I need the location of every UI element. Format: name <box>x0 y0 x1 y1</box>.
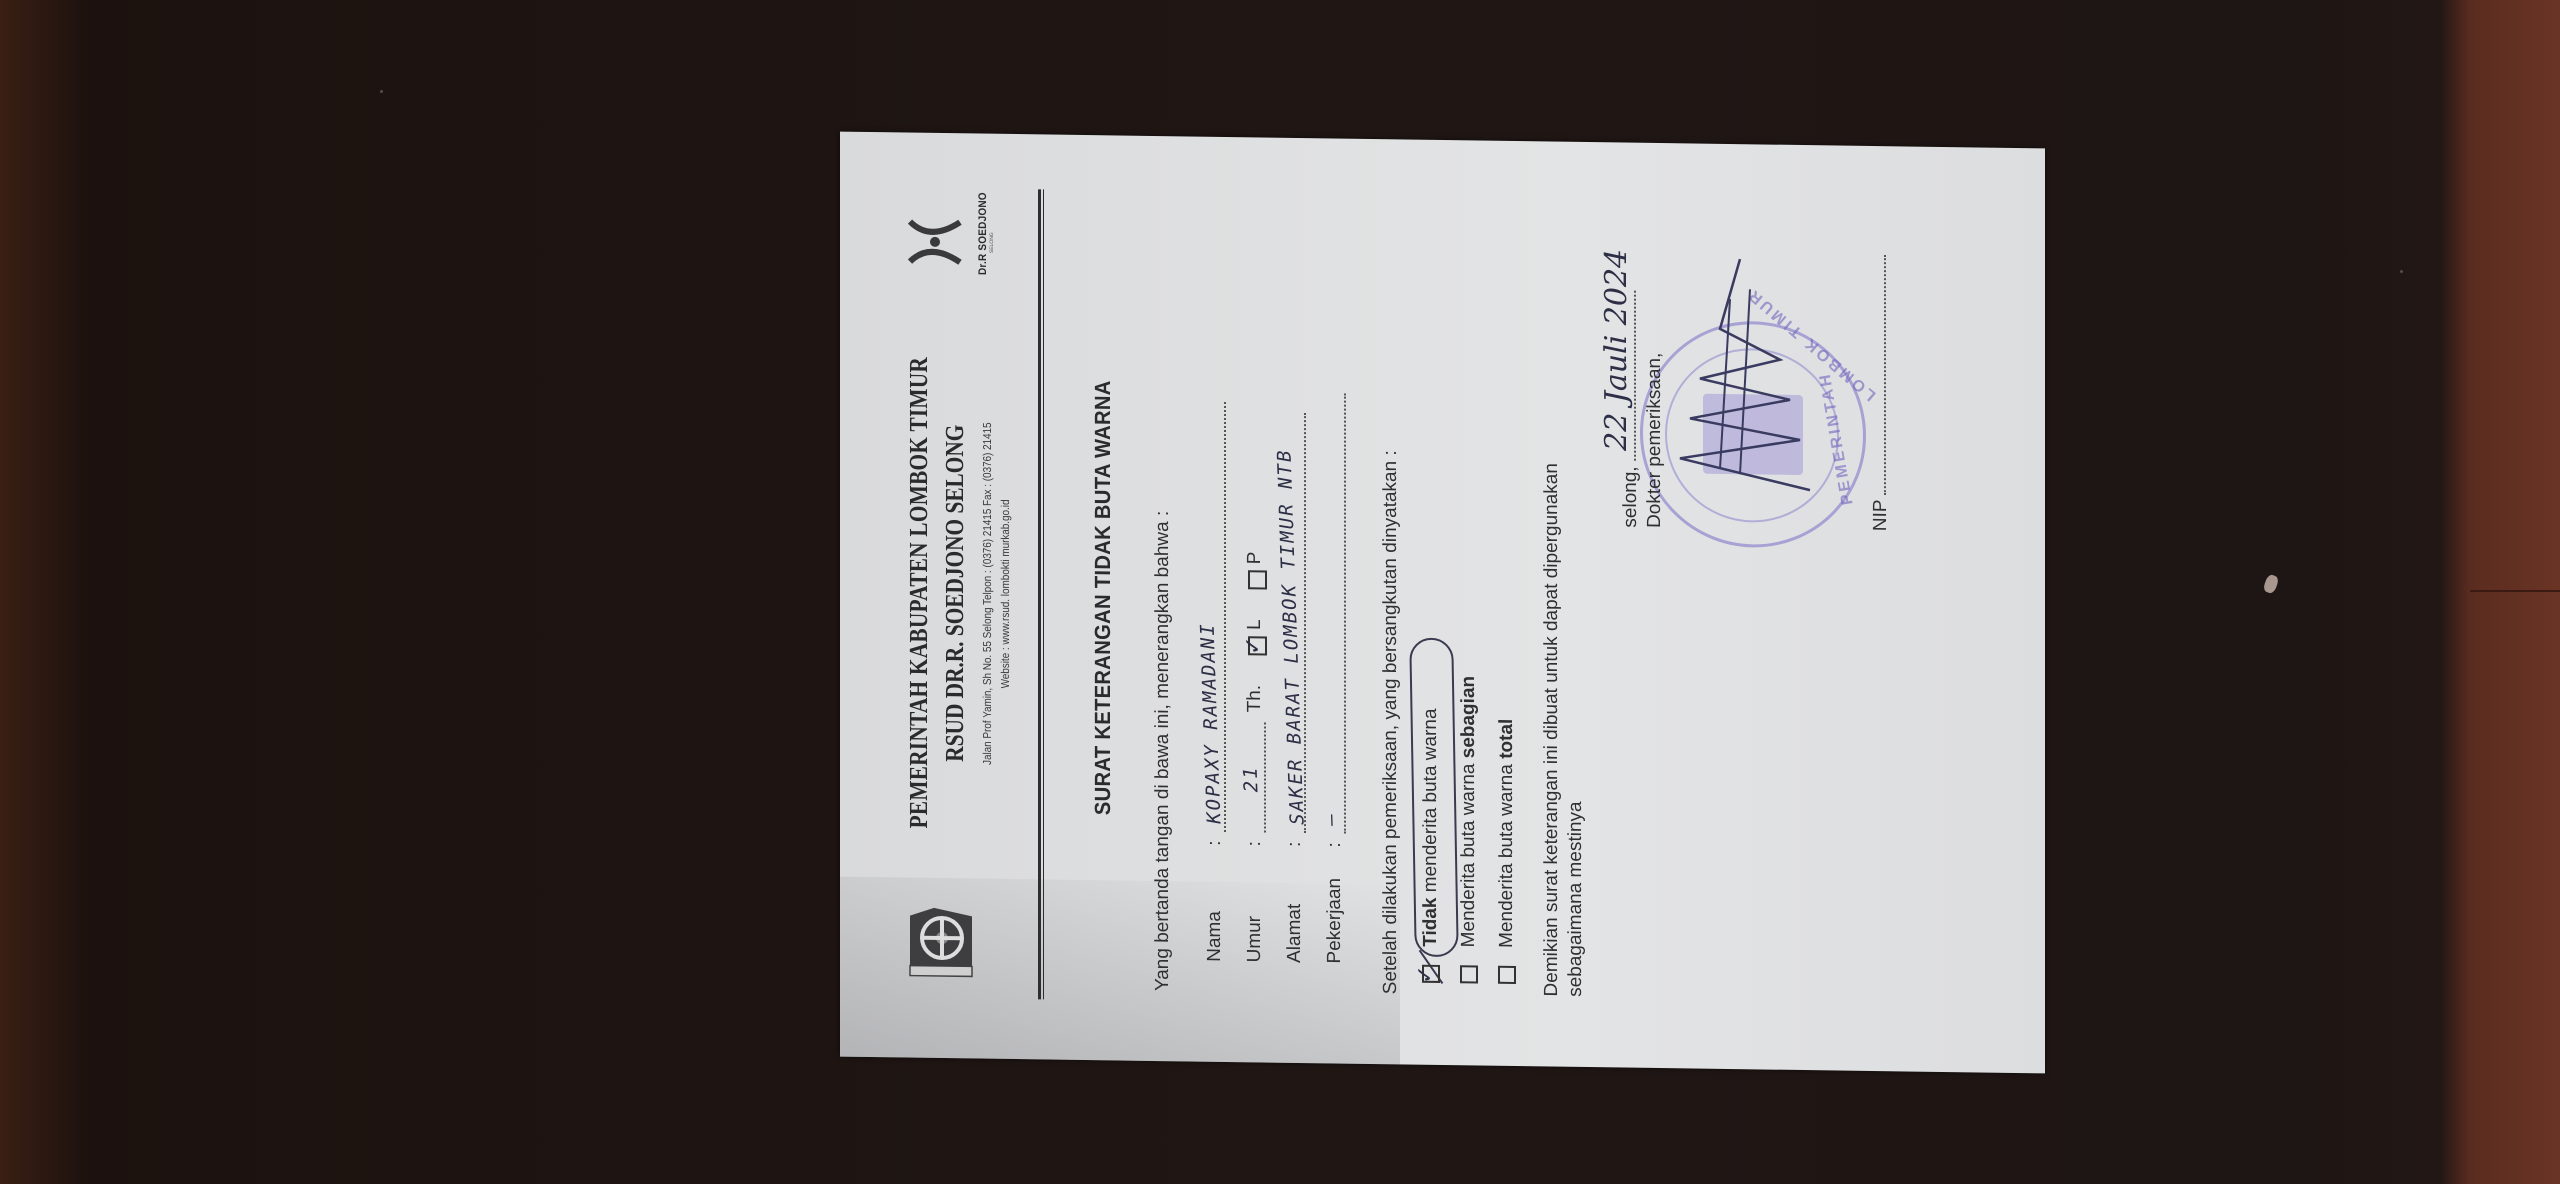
letterhead-address: Jalan Prof Yamin, Sh No. 55 Selong Telpo… <box>982 314 994 873</box>
letterhead-website: Website : www.rsud. lombokti murkab.go.i… <box>1000 314 1012 873</box>
signature-place: selong, <box>1620 461 1641 528</box>
field-colon: : <box>1244 832 1266 846</box>
field-value: SAKER BARAT LOMBOK TIMUR NTB <box>1273 448 1308 825</box>
option-bold: Tidak <box>1420 897 1441 947</box>
checkbox-total-colorblind[interactable] <box>1498 966 1516 984</box>
signer-nip: NIP <box>1870 255 1892 531</box>
checkbox-partial-colorblind[interactable] <box>1460 965 1478 983</box>
checkbox-not-colorblind[interactable] <box>1422 965 1440 983</box>
field-value-line: 21 <box>1242 722 1266 832</box>
option-bold: sebagian <box>1458 676 1479 759</box>
option-bold: total <box>1496 719 1517 759</box>
field-occupation: Pekerjaan : — <box>1316 393 1346 963</box>
field-label: Umur <box>1244 846 1266 962</box>
signature-date: selong, 22 Jauli 2024 <box>1620 291 1642 528</box>
handwritten-date: 22 Jauli 2024 <box>1599 249 1634 452</box>
option-text: Menderita buta warna <box>1496 759 1517 948</box>
field-address: Alamat : SAKER BARAT LOMBOK TIMUR NTB <box>1276 413 1306 963</box>
field-age: Umur : 21 Th. L P <box>1236 551 1266 962</box>
document-photo: PEMERINTAH KABUPATEN LOMBOK TIMUR RSUD D… <box>840 140 2045 1065</box>
result-intro: Setelah dilakukan pemeriksaan, yang bers… <box>1380 450 1402 994</box>
sex-label: L <box>1244 619 1266 630</box>
document-title: SURAT KETERANGAN TIDAK BUTA WARNA <box>1090 172 1116 1023</box>
letterhead-government: PEMERINTAH KABUPATEN LOMBOK TIMUR <box>904 355 934 831</box>
certificate-paper: PEMERINTAH KABUPATEN LOMBOK TIMUR RSUD D… <box>840 132 2045 1074</box>
field-label: Pekerjaan <box>1324 847 1346 963</box>
field-colon: : <box>1284 833 1306 847</box>
field-name: Nama : KOPAXY RAMADANI <box>1196 402 1226 962</box>
field-colon: : <box>1324 833 1346 847</box>
field-value-line: — <box>1322 393 1346 833</box>
debris <box>2262 573 2279 594</box>
dust-speck <box>2400 270 2403 273</box>
handwritten-signature <box>1660 238 1820 500</box>
sex-label: P <box>1244 552 1266 565</box>
sex-checkbox-l[interactable] <box>1248 636 1267 655</box>
header-rule <box>1038 189 1041 999</box>
date-line: 22 Jauli 2024 <box>1634 291 1636 461</box>
floor-seam <box>2470 590 2560 592</box>
option-not-colorblind: Tidak menderita buta warna <box>1420 708 1442 983</box>
field-value-line: KOPAXY RAMADANI <box>1202 402 1226 832</box>
age-unit: Th. <box>1244 685 1266 713</box>
hospital-emblem-icon <box>900 211 970 272</box>
signature-block: PEMERINTAH LOMBOK TIMUR selong, 22 Jauli… <box>1620 177 1940 601</box>
nip-label: NIP <box>1870 499 1891 531</box>
hospital-logo-tag: SELONG <box>989 207 995 279</box>
hospital-logo-name: Dr.R SOEDJONO <box>977 210 989 275</box>
closing-text: Demikian surat keterangan ini dibuat unt… <box>1540 436 1588 997</box>
option-text: Menderita buta warna <box>1458 758 1479 947</box>
option-total-colorblind: Menderita buta warna total <box>1496 719 1518 984</box>
option-partial-colorblind: Menderita buta warna sebagian <box>1458 676 1480 984</box>
field-value: — <box>1320 812 1342 826</box>
sex-checkbox-p[interactable] <box>1248 570 1267 589</box>
field-value: 21 <box>1240 765 1263 792</box>
field-label: Alamat <box>1284 847 1306 963</box>
field-value-line: SAKER BARAT LOMBOK TIMUR NTB <box>1282 413 1306 833</box>
field-label: Nama <box>1204 846 1226 962</box>
field-colon: : <box>1204 832 1226 846</box>
intro-text: Yang bertanda tangan di bawa ini, menera… <box>1152 511 1174 992</box>
field-value: KOPAXY RAMADANI <box>1196 622 1225 824</box>
signer-role: Dokter pemeriksaan, <box>1644 353 1666 529</box>
letterhead: PEMERINTAH KABUPATEN LOMBOK TIMUR RSUD D… <box>900 197 1040 979</box>
option-text: menderita buta warna <box>1420 708 1441 897</box>
nip-line <box>1884 255 1886 495</box>
header-rule-thin <box>1043 189 1044 999</box>
regency-emblem-icon <box>906 906 978 979</box>
letterhead-hospital: RSUD DR.R. SOEDJONO SELONG <box>940 355 970 831</box>
dust-speck <box>380 90 383 93</box>
hospital-logo: Dr.R SOEDJONO SELONG <box>900 205 1010 279</box>
